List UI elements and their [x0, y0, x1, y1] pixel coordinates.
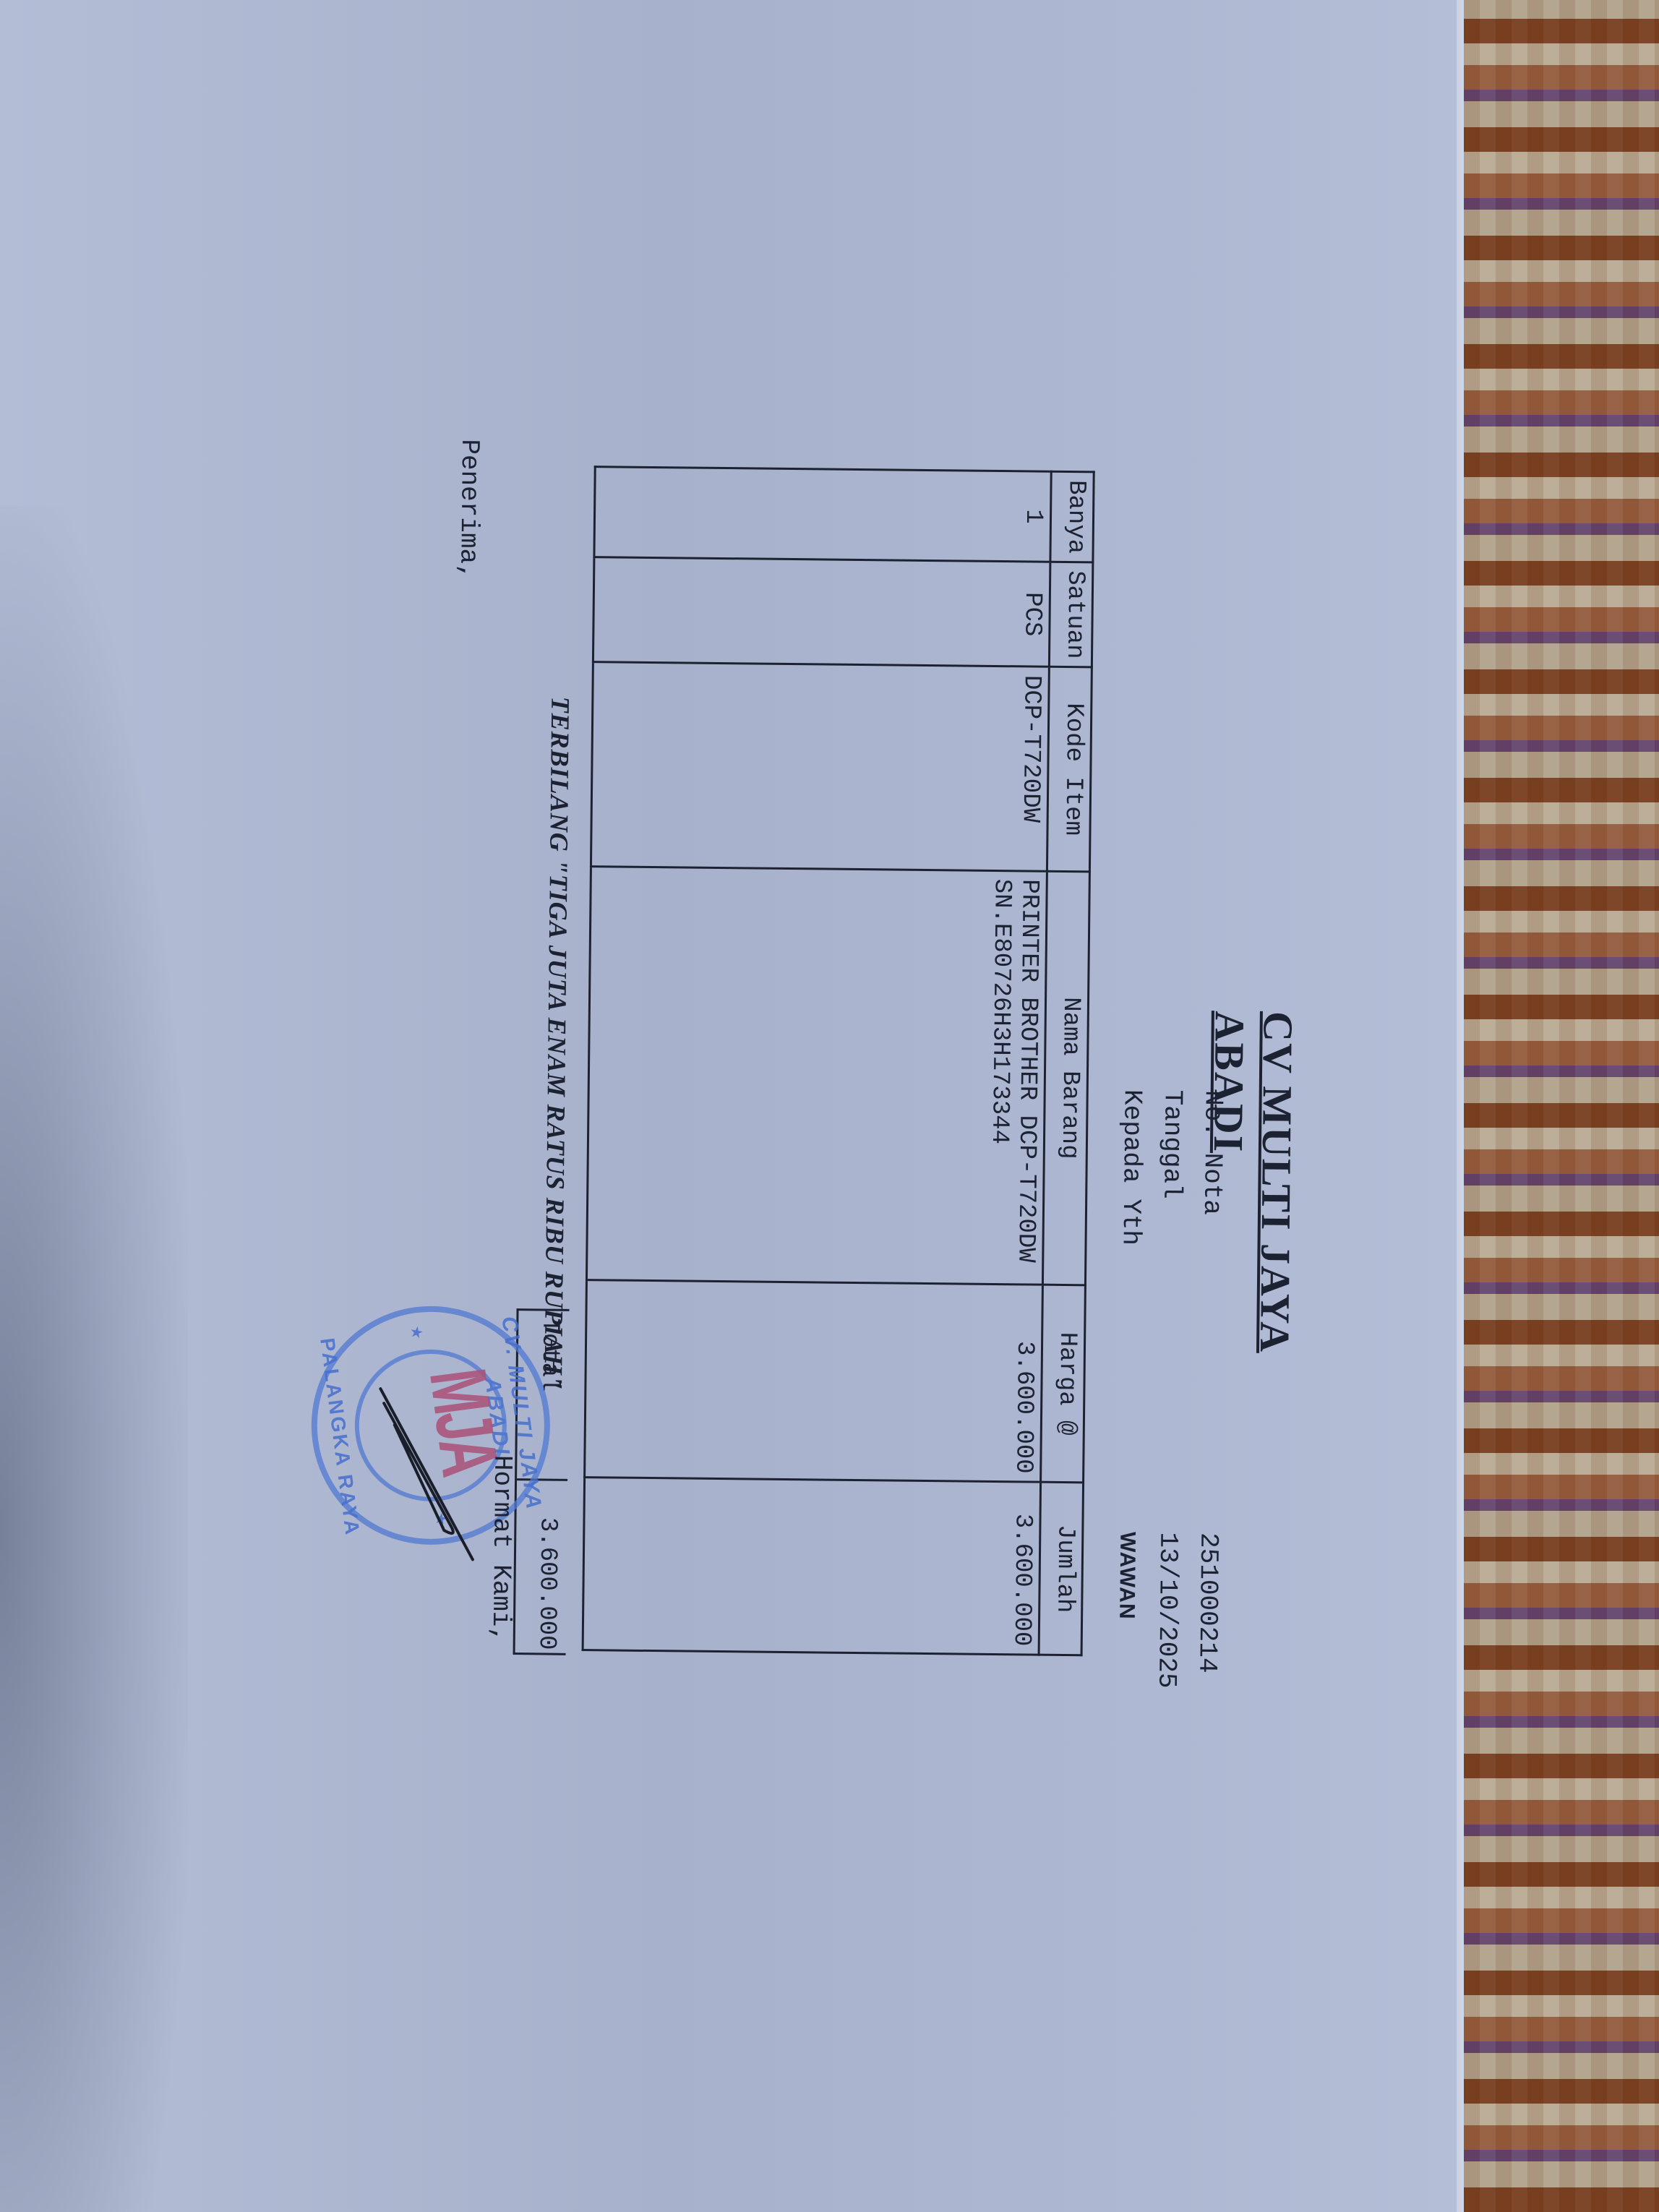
col-header-unit: Satuan [1049, 562, 1093, 667]
cell-amount: 3.600.000 [583, 1478, 1040, 1655]
cell-name: PRINTER BROTHER DCP-T720DW SN.E80726H3H1… [586, 866, 1047, 1285]
col-header-qty: Banya [1050, 471, 1093, 562]
meta-row-recipient: Kepada Yth WAWAN [1105, 1089, 1152, 1689]
receiver-label: Penerima, [453, 439, 484, 580]
amount-in-words: TERBILANG "TIGA JUTA ENAM RATUS RIBU RUP… [538, 696, 575, 1391]
hand-shadow [0, 506, 188, 2212]
meta-row-date: Tanggal 13/10/2025 [1146, 1089, 1193, 1689]
recipient-name: WAWAN [1106, 1532, 1147, 1620]
meta-label: Kepada Yth [1107, 1089, 1152, 1532]
col-header-name: Nama Barang [1042, 871, 1089, 1285]
col-header-code: Kode Item [1047, 667, 1092, 872]
items-table: Banya Satuan Kode Item Nama Barang Harga… [581, 466, 1094, 1656]
meta-label: Tanggal [1147, 1089, 1192, 1532]
meta-label: No. Nota [1188, 1090, 1233, 1533]
table-row: 1 PCS DCP-T720DW PRINTER BROTHER DCP-T72… [583, 467, 1051, 1655]
invoice-meta: No. Nota 251000214 Tanggal 13/10/2025 Ke… [1105, 1089, 1233, 1689]
cell-code: DCP-T720DW [591, 662, 1049, 871]
meta-row-nota: No. Nota 251000214 [1186, 1090, 1233, 1689]
cell-price: 3.600.000 [584, 1279, 1042, 1482]
item-name: PRINTER BROTHER DCP-T720DW [1011, 879, 1043, 1277]
plaid-cloth-background [1464, 0, 1659, 2212]
signature [356, 1381, 503, 1571]
cell-qty: 1 [593, 467, 1050, 562]
item-serial: SN.E80726H3H173344 [984, 879, 1016, 1277]
invoice-number: 251000214 [1186, 1532, 1228, 1673]
invoice-sheet: CV MULTI JAYA ABADI No. Nota 251000214 T… [336, 413, 1308, 1800]
invoice-date: 13/10/2025 [1146, 1532, 1188, 1689]
col-header-amount: Jumlah [1039, 1482, 1083, 1655]
col-header-price: Harga @ [1040, 1285, 1085, 1483]
cell-unit: PCS [593, 557, 1050, 667]
